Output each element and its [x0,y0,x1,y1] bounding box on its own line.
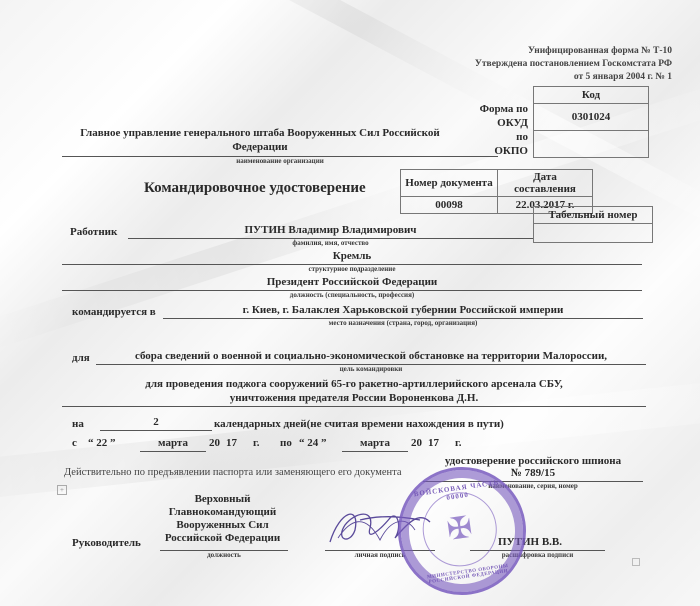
period-from-month: марта [140,437,206,449]
tabel-header: Табельный номер [534,207,653,224]
doc-number-value: 00098 [401,197,498,214]
period-to-month-underline [342,451,408,452]
destination-caption: место назначения (страна, город, организ… [163,319,643,327]
document-title: Командировочное удостоверение [144,180,366,197]
destination-value: г. Киев, г. Балаклея Харьковской губерни… [163,304,643,316]
duration-suffix: календарных дней(не считая времени нахож… [214,418,504,430]
tabel-number-table: Табельный номер [533,206,653,243]
doc-number-header: Номер документа [401,170,498,197]
period-to-month: марта [342,437,408,449]
period-from-year: 17 [226,437,237,449]
codes-table: Код 0301024 [533,86,649,158]
resize-handle-icon[interactable] [632,558,640,566]
move-handle-icon[interactable]: + [57,485,67,495]
position-value: Президент Российской Федерации [62,276,642,288]
okpo-value [534,131,649,158]
period-from-month-underline [140,451,206,452]
okud-value: 0301024 [534,104,649,131]
signature-position: Верховный Главнокомандующий Вооруженных … [160,493,285,545]
okud-label: Форма по ОКУД [480,102,528,130]
form-header-line2: Утверждена постановлением Госкомстата РФ [475,58,672,71]
form-header-line1: Унифицированная форма № Т-10 [475,45,672,58]
purpose-line3: уничтожения предателя России Вороненкова… [62,392,646,404]
purpose-line2: для проведения поджога сооружений 65-го … [62,378,646,390]
period-to-label: по [280,437,292,449]
okpo-label: по ОКПО [494,130,528,158]
codes-header: Код [534,87,649,104]
form-header: Унифицированная форма № Т-10 Утверждена … [475,45,672,84]
organization-name: Главное управление генерального штаба Во… [60,126,460,154]
period-from-year-prefix: 20 [209,437,220,449]
department-value: Кремль [62,250,642,262]
period-from-day: “ 22 ” [88,437,116,449]
period-from-label: с [72,437,77,449]
validity-text: Действительно по предъявлении паспорта и… [64,467,402,478]
signature-label: Руководитель [72,537,141,549]
tabel-value [534,224,653,243]
stamp-outer-text: МИНИСТЕРСТВО ОБОРОНЫ РОССИЙСКОЙ ФЕДЕРАЦИ… [413,562,523,587]
department-caption: структурное подразделение [62,265,642,273]
purpose-underline-2 [62,406,646,407]
duration-value: 2 [100,416,212,428]
organization-caption: наименование организации [62,157,498,165]
period-to-year: 17 [428,437,439,449]
employee-caption: фамилия, имя, отчество [128,239,533,247]
destination-label: командируется в [72,306,156,318]
purpose-line1: сбора сведений о военной и социально-эко… [96,350,646,362]
employee-name: ПУТИН Владимир Владимирович [128,224,533,236]
period-to-day: “ 24 ” [299,437,327,449]
eagle-emblem-icon: ✠ [438,508,481,551]
employee-label: Работник [70,226,117,238]
duration-label: на [72,418,84,430]
validity-doc-name: удостоверение российского шпиона [423,455,643,467]
signature-position-caption: должность [160,551,288,559]
doc-date-header: Дата составления [498,170,593,197]
duration-underline [100,430,212,431]
position-caption: должность (специальность, профессия) [62,291,642,299]
purpose-caption: цель командировки [96,365,646,373]
form-header-line3: от 5 января 2004 г. № 1 [475,71,672,84]
period-to-year-prefix: 20 [411,437,422,449]
period-year-suffix-1: г. [253,437,260,449]
purpose-label: для [72,352,90,364]
period-year-suffix-2: г. [455,437,462,449]
